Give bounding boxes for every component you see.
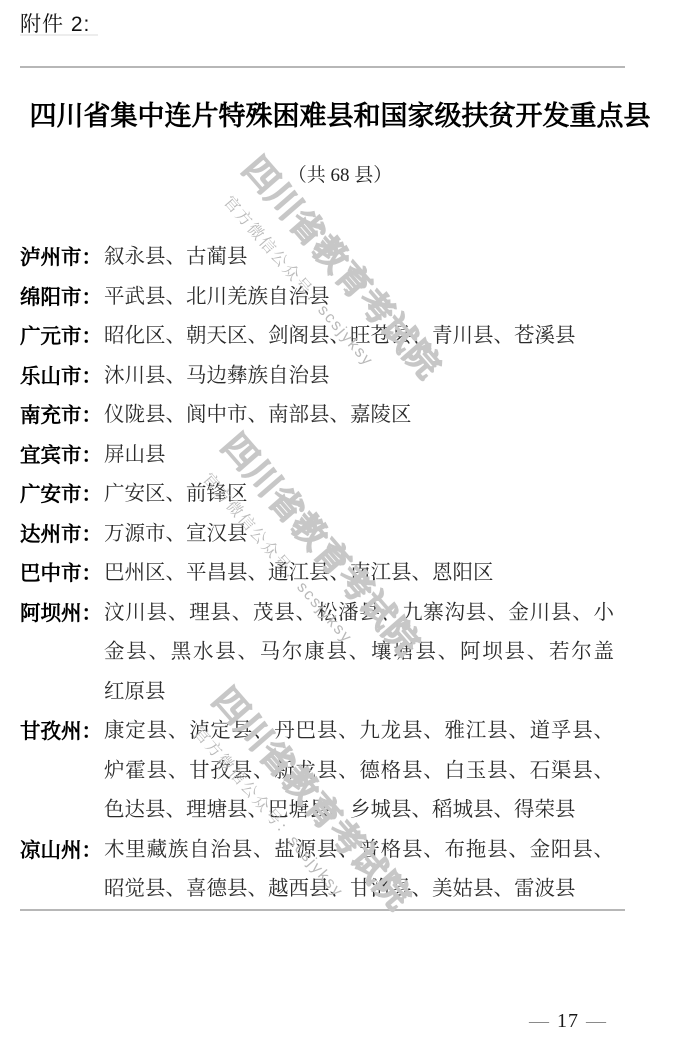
region-label: 凉山州： [20, 831, 104, 910]
region-row: 南充市：仪陇县、阆中市、南部县、嘉陵区 [20, 396, 614, 436]
region-row: 绵阳市：平武县、北川羌族自治县 [20, 278, 614, 318]
region-counties: 平武县、北川羌族自治县 [104, 278, 614, 318]
region-label: 绵阳市： [20, 278, 104, 318]
region-counties: 屏山县 [104, 436, 614, 476]
page-number-value: 17 [557, 1010, 579, 1032]
region-counties: 仪陇县、阆中市、南部县、嘉陵区 [104, 396, 614, 436]
region-label: 甘孜州： [20, 712, 104, 831]
region-counties: 广安区、前锋区 [104, 475, 614, 515]
footer-divider [20, 909, 625, 911]
county-line: 色达县、理塘县、巴塘县、乡城县、稻城县、得荣县 [104, 791, 614, 831]
region-row: 乐山市：沐川县、马边彝族自治县 [20, 357, 614, 397]
county-line: 汶川县、理县、茂县、松潘县、九寨沟县、金川县、小 [104, 594, 614, 634]
county-line: 木里藏族自治县、盐源县、普格县、布拖县、金阳县、 [104, 831, 614, 871]
region-row: 宜宾市：屏山县 [20, 436, 614, 476]
region-label: 乐山市： [20, 357, 104, 397]
region-label: 广安市： [20, 475, 104, 515]
region-counties: 巴州区、平昌县、通江县、南江县、恩阳区 [104, 554, 614, 594]
county-line: 仪陇县、阆中市、南部县、嘉陵区 [104, 396, 614, 436]
region-label: 南充市： [20, 396, 104, 436]
region-counties: 叙永县、古蔺县 [104, 238, 614, 278]
page-number-dash-left: — [522, 1010, 557, 1032]
region-counties: 万源市、宣汉县 [104, 515, 614, 555]
region-label: 阿坝州： [20, 594, 104, 713]
region-row: 泸州市：叙永县、古蔺县 [20, 238, 614, 278]
county-line: 炉霍县、甘孜县、新龙县、德格县、白玉县、石渠县、 [104, 752, 614, 792]
county-line: 广安区、前锋区 [104, 475, 614, 515]
page-number: —17— [522, 1010, 614, 1033]
county-line: 沐川县、马边彝族自治县 [104, 357, 614, 397]
county-line: 万源市、宣汉县 [104, 515, 614, 555]
region-row: 巴中市：巴州区、平昌县、通江县、南江县、恩阳区 [20, 554, 614, 594]
county-line: 昭觉县、喜德县、越西县、甘洛县、美姑县、雷波县 [104, 870, 614, 910]
region-row: 达州市：万源市、宣汉县 [20, 515, 614, 555]
document-subtitle: （共 68 县） [0, 160, 680, 187]
region-counties: 汶川县、理县、茂县、松潘县、九寨沟县、金川县、小金县、黑水县、马尔康县、壤塘县、… [104, 594, 614, 713]
region-counties: 沐川县、马边彝族自治县 [104, 357, 614, 397]
region-row: 广安市：广安区、前锋区 [20, 475, 614, 515]
region-counties: 昭化区、朝天区、剑阁县、旺苍县、青川县、苍溪县 [104, 317, 614, 357]
county-line: 金县、黑水县、马尔康县、壤塘县、阿坝县、若尔盖县、 [104, 633, 614, 673]
header-divider [20, 66, 625, 68]
county-line: 叙永县、古蔺县 [104, 238, 614, 278]
region-label: 达州市： [20, 515, 104, 555]
region-row: 阿坝州：汶川县、理县、茂县、松潘县、九寨沟县、金川县、小金县、黑水县、马尔康县、… [20, 594, 614, 713]
attachment-underline [20, 34, 98, 36]
region-counties: 木里藏族自治县、盐源县、普格县、布拖县、金阳县、昭觉县、喜德县、越西县、甘洛县、… [104, 831, 614, 910]
region-label: 广元市： [20, 317, 104, 357]
region-counties: 康定县、泸定县、丹巴县、九龙县、雅江县、道孚县、炉霍县、甘孜县、新龙县、德格县、… [104, 712, 614, 831]
region-row: 甘孜州：康定县、泸定县、丹巴县、九龙县、雅江县、道孚县、炉霍县、甘孜县、新龙县、… [20, 712, 614, 831]
county-line: 红原县 [104, 673, 614, 713]
county-line: 昭化区、朝天区、剑阁县、旺苍县、青川县、苍溪县 [104, 317, 614, 357]
county-line: 屏山县 [104, 436, 614, 476]
region-label: 泸州市： [20, 238, 104, 278]
region-row: 广元市：昭化区、朝天区、剑阁县、旺苍县、青川县、苍溪县 [20, 317, 614, 357]
county-line: 平武县、北川羌族自治县 [104, 278, 614, 318]
region-row: 凉山州：木里藏族自治县、盐源县、普格县、布拖县、金阳县、昭觉县、喜德县、越西县、… [20, 831, 614, 910]
document-title: 四川省集中连片特殊困难县和国家级扶贫开发重点县 [0, 94, 680, 133]
county-line: 康定县、泸定县、丹巴县、九龙县、雅江县、道孚县、 [104, 712, 614, 752]
page-number-dash-right: — [579, 1010, 614, 1032]
region-label: 巴中市： [20, 554, 104, 594]
county-line: 巴州区、平昌县、通江县、南江县、恩阳区 [104, 554, 614, 594]
county-list: 泸州市：叙永县、古蔺县绵阳市：平武县、北川羌族自治县广元市：昭化区、朝天区、剑阁… [20, 238, 614, 910]
region-label: 宜宾市： [20, 436, 104, 476]
